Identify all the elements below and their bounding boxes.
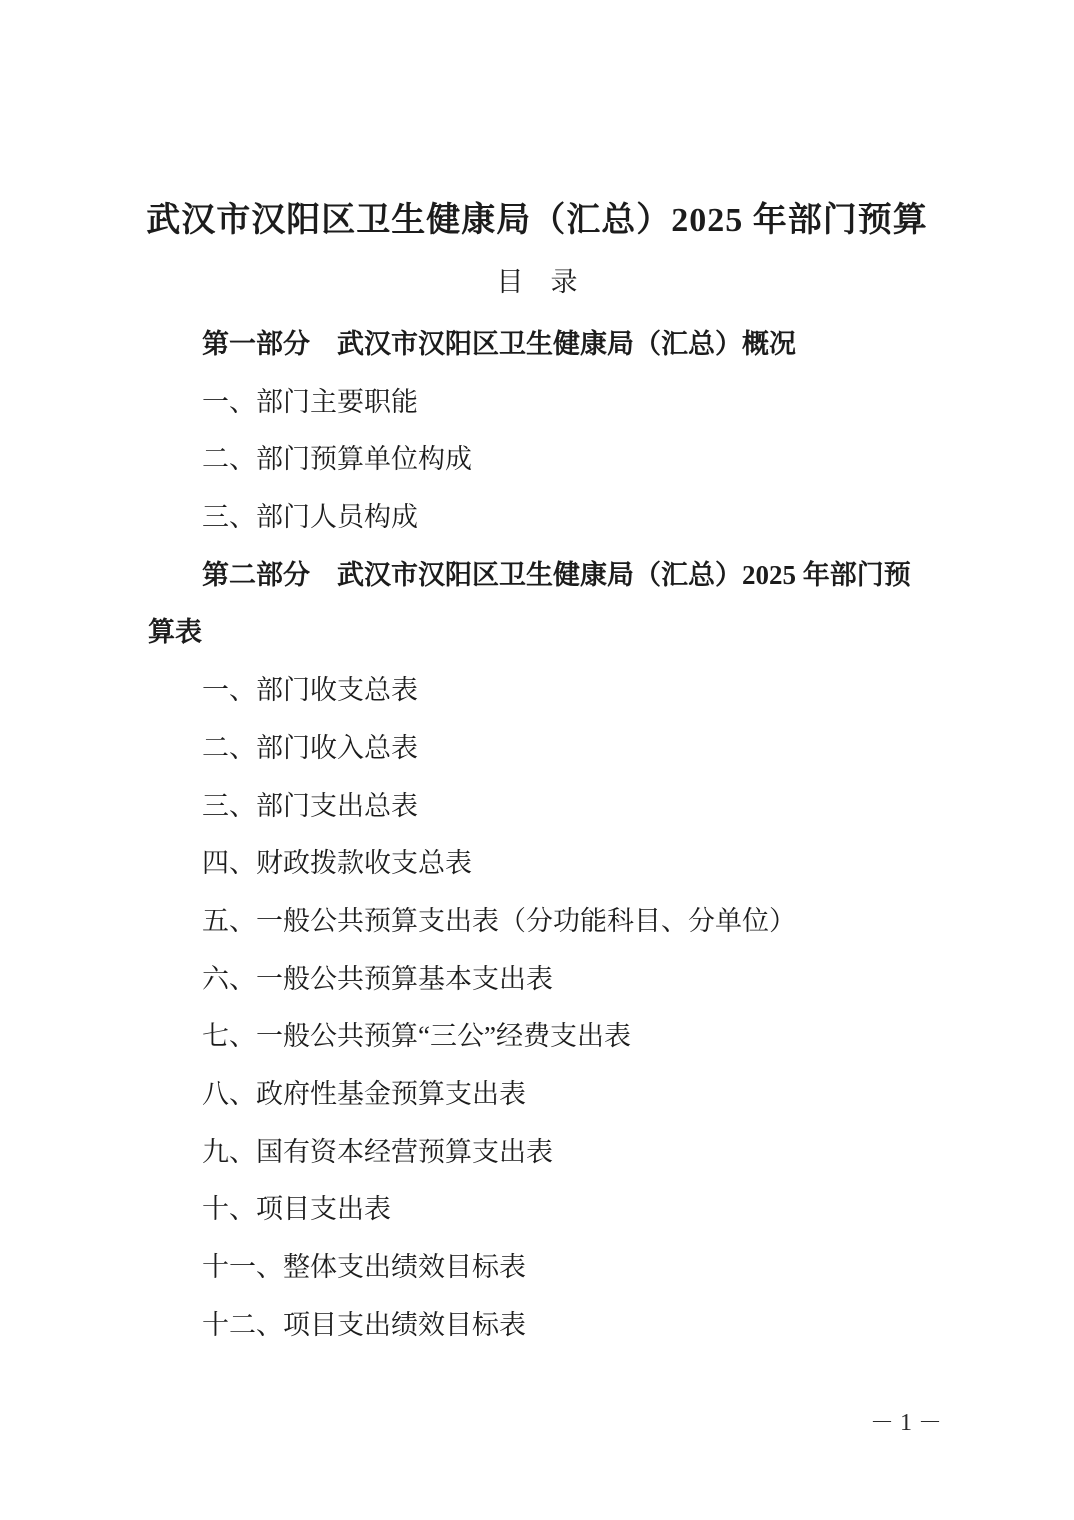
- toc-item-part1-1: 一、部门主要职能: [148, 374, 948, 432]
- toc-item-part2-1: 一、部门收支总表: [148, 662, 948, 720]
- part2-heading-line2: 算表: [148, 604, 948, 662]
- toc-item-part2-4: 四、财政拨款收支总表: [148, 835, 948, 893]
- toc-item-part2-2: 二、部门收入总表: [148, 720, 948, 778]
- toc-item-part2-11: 十一、整体支出绩效目标表: [148, 1239, 948, 1297]
- toc-item-part1-2: 二、部门预算单位构成: [148, 431, 948, 489]
- page-number: － 1 －: [870, 1408, 942, 1438]
- part1-heading: 第一部分 武汉市汉阳区卫生健康局（汇总）概况: [148, 316, 948, 374]
- toc-item-part2-7: 七、一般公共预算“三公”经费支出表: [148, 1008, 948, 1066]
- toc-item-part2-12: 十二、项目支出绩效目标表: [148, 1297, 948, 1355]
- document-title: 武汉市汉阳区卫生健康局（汇总）2025 年部门预算: [0, 198, 1074, 244]
- toc-item-part2-3: 三、部门支出总表: [148, 778, 948, 836]
- toc-item-part2-8: 八、政府性基金预算支出表: [148, 1066, 948, 1124]
- toc-heading: 目 录: [0, 264, 1074, 300]
- toc-item-part2-9: 九、国有资本经营预算支出表: [148, 1124, 948, 1182]
- document-page: 武汉市汉阳区卫生健康局（汇总）2025 年部门预算 目 录 第一部分 武汉市汉阳…: [0, 0, 1074, 1520]
- toc-item-part1-3: 三、部门人员构成: [148, 489, 948, 547]
- toc-body: 第一部分 武汉市汉阳区卫生健康局（汇总）概况 一、部门主要职能 二、部门预算单位…: [148, 316, 948, 1354]
- part2-heading-line1: 第二部分 武汉市汉阳区卫生健康局（汇总）2025 年部门预: [148, 547, 948, 605]
- toc-item-part2-6: 六、一般公共预算基本支出表: [148, 951, 948, 1009]
- toc-item-part2-10: 十、项目支出表: [148, 1181, 948, 1239]
- toc-item-part2-5: 五、一般公共预算支出表（分功能科目、分单位）: [148, 893, 948, 951]
